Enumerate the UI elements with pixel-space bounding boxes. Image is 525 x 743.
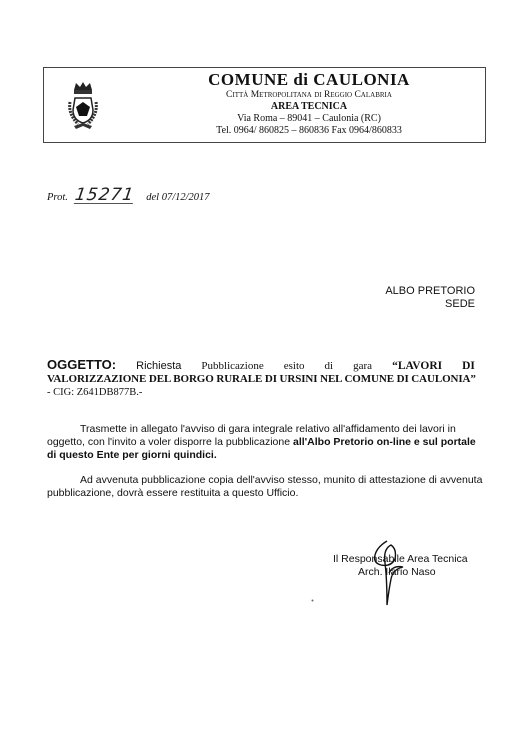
body-paragraph-1: Trasmette in allegato l'avviso di gara i…: [47, 423, 483, 462]
subject-title-line-2: VALORIZZAZIONE DEL BORGO RURALE DI URSIN…: [47, 373, 475, 386]
subject-block: OGGETTO: Richiesta Pubblicazione esito d…: [47, 358, 475, 399]
subject-word: di: [325, 360, 334, 373]
subject-word: Richiesta: [136, 360, 181, 373]
signatory-role: Il Responsabile Area Tecnica: [333, 553, 483, 566]
protocol-line: Prot. 15271 del 07/12/2017: [47, 187, 210, 204]
protocol-date: del 07/12/2017: [146, 192, 209, 203]
protocol-number: 15271: [73, 187, 134, 204]
protocol-label: Prot.: [47, 192, 68, 203]
subject-word: Pubblicazione: [201, 360, 263, 373]
contacts: Tel. 0964/ 860825 – 860836 Fax 0964/8608…: [154, 125, 464, 137]
document-page: COMUNE di CAULONIA Città Metropolitana d…: [0, 0, 525, 743]
subject-cig: - CIG: Z641DB877B.-: [47, 386, 475, 399]
department-name: AREA TECNICA: [154, 101, 464, 113]
municipality-subtitle: Città Metropolitana di Reggio Calabria: [154, 89, 464, 101]
letterhead: COMUNE di CAULONIA Città Metropolitana d…: [43, 67, 486, 143]
recipient-block: ALBO PRETORIO SEDE: [385, 285, 475, 311]
recipient-line-2: SEDE: [385, 298, 475, 311]
scan-speck-icon: [311, 599, 314, 602]
subject-word: gara: [353, 360, 372, 373]
body-paragraph-2: Ad avvenuta pubblicazione copia dell'avv…: [47, 474, 483, 500]
subject-word: esito: [284, 360, 305, 373]
coat-of-arms-icon: [66, 80, 100, 132]
subject-label: OGGETTO:: [47, 358, 116, 371]
recipient-line-1: ALBO PRETORIO: [385, 285, 475, 298]
subject-title-di: DI: [462, 360, 475, 373]
paragraph-text: Ad avvenuta pubblicazione copia dell'avv…: [47, 474, 482, 499]
subject-title-start: “LAVORI: [392, 360, 442, 373]
signatory-name: Arch. Ilario Naso: [333, 566, 483, 579]
address: Via Roma – 89041 – Caulonia (RC): [154, 113, 464, 125]
municipality-name: COMUNE di CAULONIA: [154, 70, 464, 89]
signature-block: Il Responsabile Area Tecnica Arch. Ilari…: [333, 553, 483, 579]
